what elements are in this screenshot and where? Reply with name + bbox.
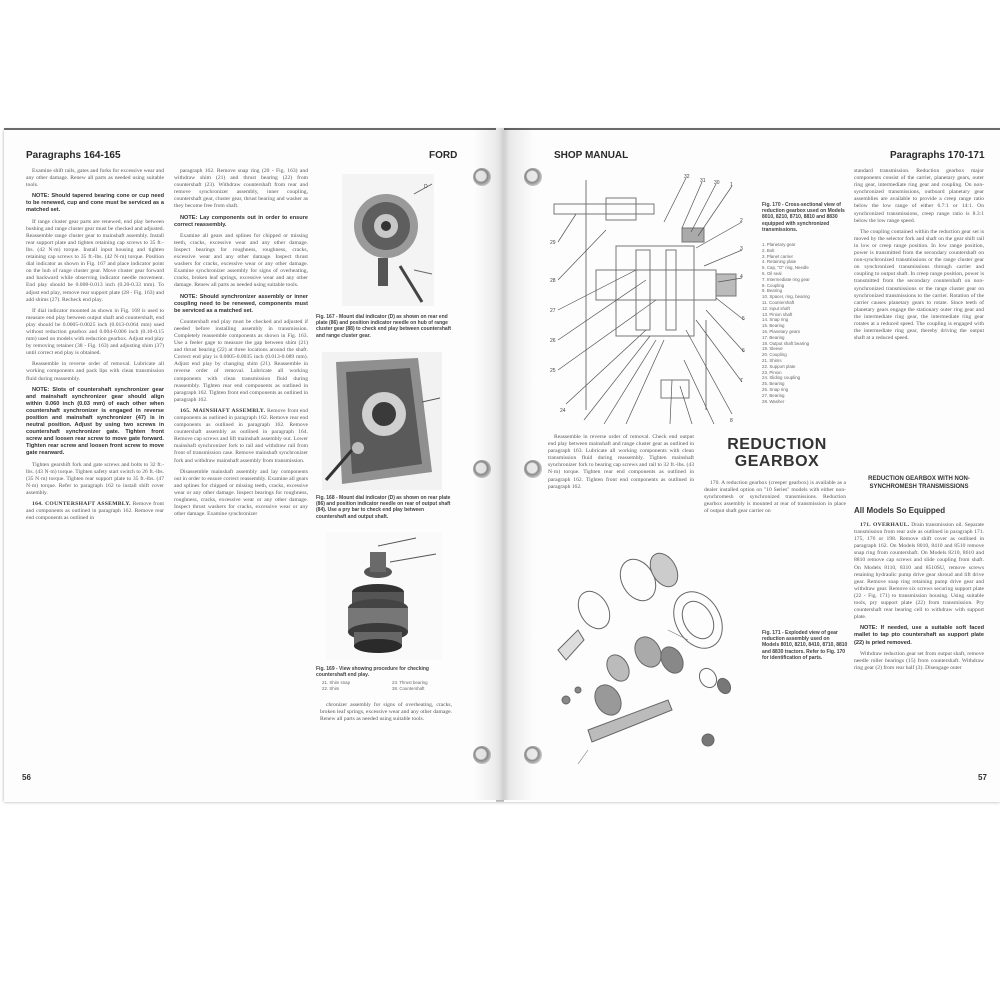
svg-text:3: 3: [740, 246, 743, 252]
section-heading: 164. COUNTERSHAFT ASSEMBLY.: [32, 501, 131, 507]
left-column-2: paragraph 162. Remove snap ring (20 - Fi…: [174, 168, 308, 522]
figure-169-photo: [326, 532, 442, 660]
section-paragraph: 165. MAINSHAFT ASSEMBLY. Remove front en…: [174, 408, 308, 465]
left-column-1: Examine shift rails, gates and forks for…: [26, 168, 164, 526]
figure-168-photo: [322, 352, 442, 490]
paragraph: paragraph 162. Remove snap ring (20 - Fi…: [174, 168, 308, 211]
svg-text:8: 8: [730, 418, 733, 424]
subsection-heading: REDUCTION GEARBOX WITH NON-SYNCHROMESH T…: [854, 476, 984, 491]
right-running-head-left: SHOP MANUAL: [554, 150, 628, 161]
svg-text:30: 30: [714, 180, 720, 186]
svg-text:27: 27: [550, 308, 556, 314]
brand-label: FORD: [429, 150, 457, 161]
section-paragraph: 171. OVERHAUL. Drain transmission oil. S…: [854, 522, 984, 621]
right-page-number: 57: [978, 773, 987, 782]
left-running-head: Paragraphs 164-165: [26, 150, 121, 161]
right-page: SHOP MANUAL Paragraphs 170-171: [504, 128, 1000, 802]
svg-text:1: 1: [730, 182, 733, 188]
right-column-1: Reassemble in reverse order of removal. …: [548, 434, 694, 495]
svg-text:28: 28: [550, 278, 556, 284]
paragraph: Withdraw reduction gear set from output …: [854, 651, 984, 672]
paragraph: If range cluster gear parts are renewed,…: [26, 219, 164, 304]
figure-167-caption: Fig. 167 - Mount dial indicator (D) as s…: [316, 314, 452, 339]
svg-text:2: 2: [740, 218, 743, 224]
svg-text:31: 31: [700, 178, 706, 184]
right-running-head: Paragraphs 170-171: [890, 150, 985, 161]
transmission-housing-illustration: D: [342, 174, 434, 306]
left-page-number: 56: [22, 773, 31, 782]
svg-text:24: 24: [560, 408, 566, 414]
figure-167-photo: D: [342, 174, 434, 306]
paragraph: If dial indicator mounted as shown in Fi…: [26, 308, 164, 358]
countershaft-illustration: [326, 532, 442, 660]
svg-text:6: 6: [742, 348, 745, 354]
figure-168-caption: Fig. 168 - Mount dial indicator (D) as s…: [316, 495, 452, 520]
paragraph: chronizer assembly for signs of overheat…: [320, 702, 452, 723]
subsection-subheading: All Models So Equipped: [854, 506, 945, 515]
figure-169-caption: Fig. 169 - View showing procedure for ch…: [316, 666, 452, 678]
section-heading: 171. OVERHAUL.: [860, 522, 909, 528]
reduction-gearbox-exploded-view: [548, 550, 758, 770]
reduction-gearbox-cross-section: 3231301 2345 678 29282726 2524: [546, 170, 756, 428]
figure-170-caption: Fig. 170 - Cross-sectional view of reduc…: [762, 202, 846, 233]
manual-spread: Paragraphs 164-165 FORD Examine shift ra…: [4, 128, 1000, 800]
note: NOTE: Should synchronizer assembly or in…: [174, 294, 308, 315]
svg-text:32: 32: [684, 174, 690, 180]
paragraph: 170. A reduction gearbox (creeper gearbo…: [704, 480, 846, 515]
paragraph: Examine shift rails, gates and forks for…: [26, 168, 164, 189]
svg-text:26: 26: [550, 338, 556, 344]
figure-170-legend: 1. Planetary gear 2. Bolt 3. Planet carr…: [762, 242, 848, 404]
paragraph: Tighten gearshift fork and gate screws a…: [26, 462, 164, 497]
right-column-3: standard transmission. Reduction gearbox…: [854, 168, 984, 346]
note: NOTE: Lay components out in order to ens…: [174, 215, 308, 229]
note: NOTE: Should tapered bearing cone or cup…: [26, 193, 164, 214]
svg-text:25: 25: [550, 368, 556, 374]
figure-171-caption: Fig. 171 - Exploded view of gear reducti…: [762, 630, 848, 661]
note: NOTE: If needed, use a suitable soft fac…: [854, 625, 984, 646]
right-column-2: 170. A reduction gearbox (creeper gearbo…: [704, 480, 846, 519]
svg-text:7: 7: [740, 378, 743, 384]
svg-text:5: 5: [742, 316, 745, 322]
paragraph: Reassemble in reverse order of removal. …: [26, 361, 164, 382]
section-paragraph: 164. COUNTERSHAFT ASSEMBLY. Remove front…: [26, 501, 164, 522]
svg-text:D: D: [424, 184, 428, 190]
paragraph: Reassemble in reverse order of removal. …: [548, 434, 694, 491]
section-title-reduction-gearbox: REDUCTION GEARBOX: [712, 436, 842, 470]
paragraph: standard transmission. Reduction gearbox…: [854, 168, 984, 225]
paragraph: Countershaft end play must be checked an…: [174, 319, 308, 404]
left-column-3: chronizer assembly for signs of overheat…: [320, 702, 452, 727]
paragraph: Examine all gears and splines for chippe…: [174, 233, 308, 290]
section-heading: 165. MAINSHAFT ASSEMBLY.: [180, 408, 265, 414]
svg-text:29: 29: [550, 240, 556, 246]
left-page: Paragraphs 164-165 FORD Examine shift ra…: [4, 128, 496, 802]
page-gutter: [474, 128, 534, 800]
note: NOTE: Slots of countershaft synchronizer…: [26, 387, 164, 458]
paragraph: Disassemble mainshaft assembly and lay c…: [174, 469, 308, 519]
right-column-3-continued: 171. OVERHAUL. Drain transmission oil. S…: [854, 522, 984, 676]
output-shaft-illustration: [322, 352, 442, 490]
paragraph: The coupling contained within the reduct…: [854, 229, 984, 343]
svg-text:4: 4: [740, 274, 743, 280]
